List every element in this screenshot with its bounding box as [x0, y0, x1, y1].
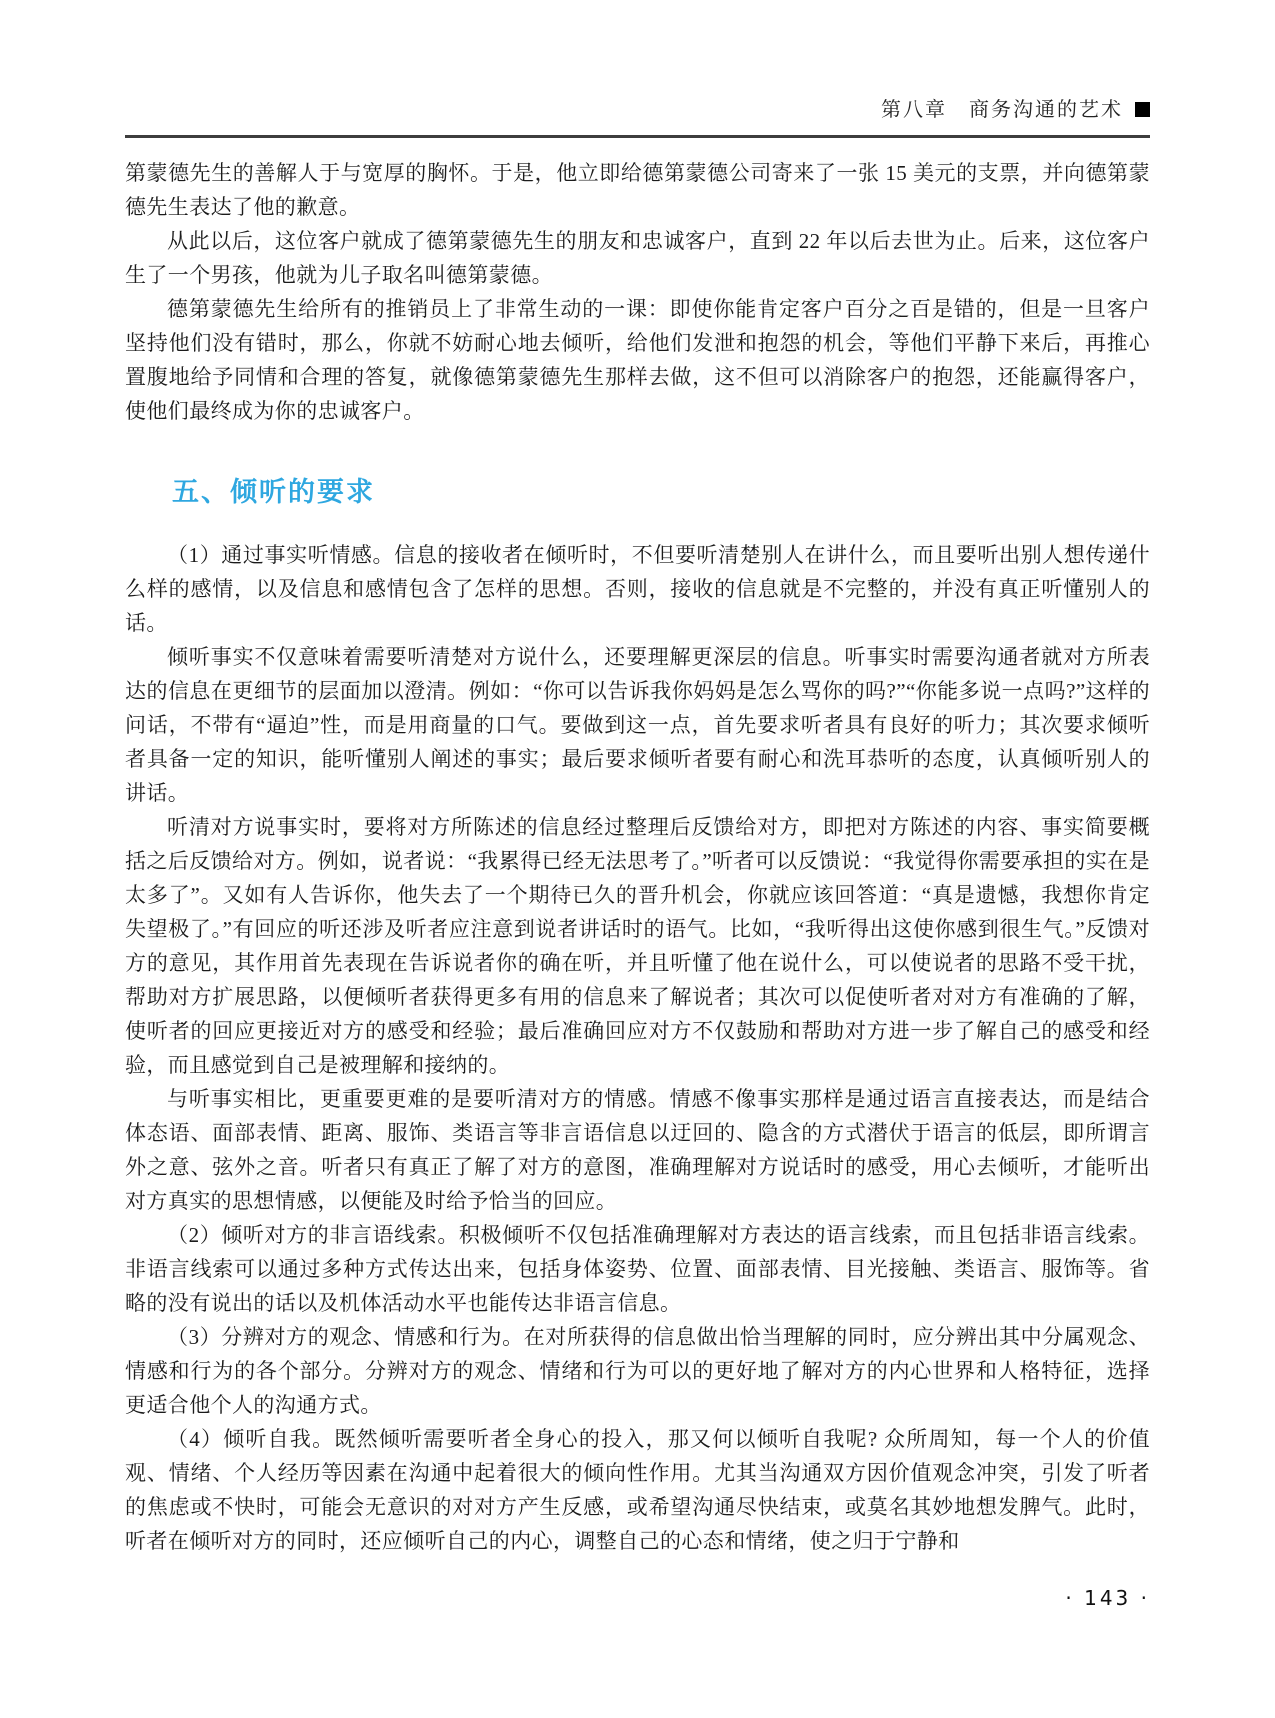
book-page: 第八章 商务沟通的艺术 第蒙德先生的善解人于与宽厚的胸怀。于是，他立即给德第蒙德… — [0, 0, 1275, 1718]
page-footer: · 143 · — [1065, 1586, 1150, 1610]
paragraph: 倾听事实不仅意味着需要听清楚对方说什么，还要理解更深层的信息。听事实时需要沟通者… — [125, 640, 1150, 810]
paragraph: （3）分辨对方的观念、情感和行为。在对所获得的信息做出恰当理解的同时，应分辨出其… — [125, 1320, 1150, 1422]
paragraph: 第蒙德先生的善解人于与宽厚的胸怀。于是，他立即给德第蒙德公司寄来了一张 15 美… — [125, 156, 1150, 224]
paragraph: 从此以后，这位客户就成了德第蒙德先生的朋友和忠诚客户，直到 22 年以后去世为止… — [125, 224, 1150, 292]
paragraph: （2）倾听对方的非言语线索。积极倾听不仅包括准确理解对方表达的语言线索，而且包括… — [125, 1218, 1150, 1320]
paragraph: 听清对方说事实时，要将对方所陈述的信息经过整理后反馈给对方，即把对方陈述的内容、… — [125, 810, 1150, 1082]
paragraph: （4）倾听自我。既然倾听需要听者全身心的投入，那又何以倾听自我呢? 众所周知，每… — [125, 1422, 1150, 1558]
paragraph: 德第蒙德先生给所有的推销员上了非常生动的一课：即使你能肯定客户百分之百是错的，但… — [125, 292, 1150, 428]
paragraph: （1）通过事实听情感。信息的接收者在倾听时，不但要听清楚别人在讲什么，而且要听出… — [125, 538, 1150, 640]
page-header: 第八章 商务沟通的艺术 — [125, 0, 1150, 138]
section-heading: 五、倾听的要求 — [125, 474, 1150, 512]
header-rule — [125, 135, 1150, 138]
page-number: · 143 · — [1065, 1586, 1150, 1610]
chapter-title: 第八章 商务沟通的艺术 — [881, 99, 1123, 121]
paragraph: 与听事实相比，更重要更难的是要听清对方的情感。情感不像事实那样是通过语言直接表达… — [125, 1082, 1150, 1218]
page-body: 第蒙德先生的善解人于与宽厚的胸怀。于是，他立即给德第蒙德公司寄来了一张 15 美… — [125, 156, 1150, 1558]
chapter-marker-square-icon — [1135, 102, 1150, 117]
running-head: 第八章 商务沟通的艺术 — [125, 98, 1150, 122]
